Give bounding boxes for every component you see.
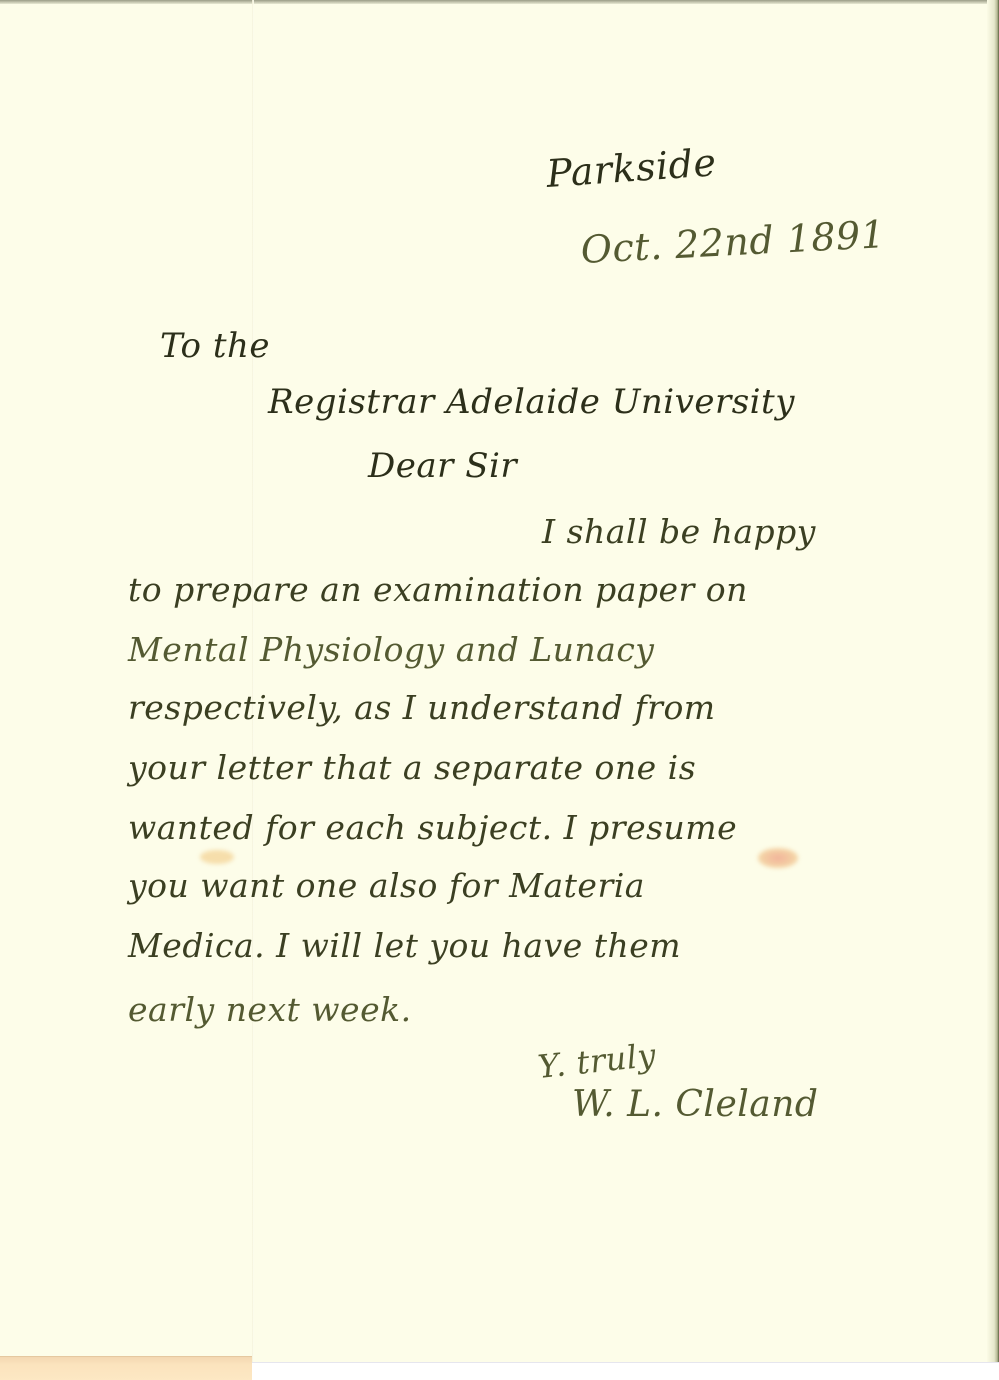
paper-right-edge [987, 0, 999, 1366]
letter-body-line: Mental Physiology and Lunacy [128, 630, 654, 669]
letter-body-line: early next week. [128, 990, 412, 1029]
letter-salutation: Dear Sir [368, 446, 517, 486]
letter-closing: Y. truly [536, 1036, 658, 1086]
letter-signature: W. L. Cleland [572, 1084, 818, 1125]
paper-stain [200, 850, 234, 864]
letter-addressee: Registrar Adelaide University [268, 382, 795, 422]
letter-body-line: Medica. I will let you have them [128, 926, 681, 965]
backing-strip [0, 1356, 252, 1380]
paper-fold-line [252, 0, 254, 1362]
letter-place: Parkside [545, 140, 718, 196]
letter-body-line: you want one also for Materia [128, 866, 645, 905]
letter-body-line: I shall be happy [542, 512, 816, 551]
letter-body-line: respectively, as I understand from [128, 688, 716, 727]
paper-top-edge [0, 0, 999, 4]
letter-to-line: To the [160, 326, 270, 366]
letter-body-line: your letter that a separate one is [128, 748, 696, 787]
paper-stain [758, 848, 798, 868]
letter-body-line: to prepare an examination paper on [128, 570, 748, 609]
letter-page: Parkside Oct. 22nd 1891 To the Registrar… [0, 0, 999, 1380]
letter-body-line: wanted for each subject. I presume [128, 808, 737, 847]
letter-date: Oct. 22nd 1891 [580, 212, 887, 272]
